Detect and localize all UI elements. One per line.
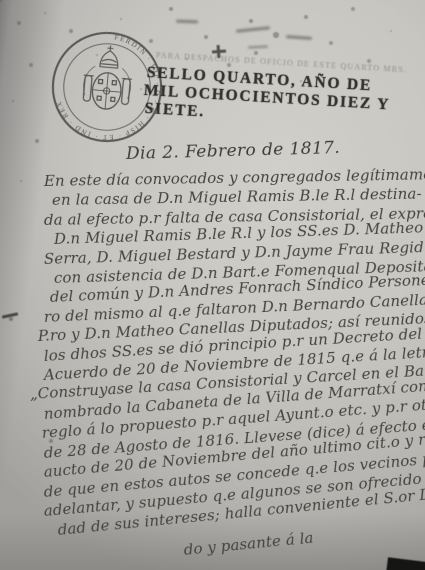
manuscript-body: En este día convocados y congregados leg… [0,172,425,560]
bleedthrough-smudge [248,45,268,48]
ink-speckles [0,0,2,2]
ink-cross-mark [212,50,226,54]
tax-stamp: PARA DESPACHOS DE OFICIO DE ESTE QUARTO … [144,50,418,134]
bleedthrough-smudge [286,35,312,40]
seal-crown [100,45,120,68]
manuscript-photo: FERDIN · VII · D · G · HISP · ET · IND ·… [0,0,425,570]
bleedthrough-smudge [236,26,270,33]
seal-shield [91,72,123,111]
bleedthrough-smudge [176,20,198,24]
